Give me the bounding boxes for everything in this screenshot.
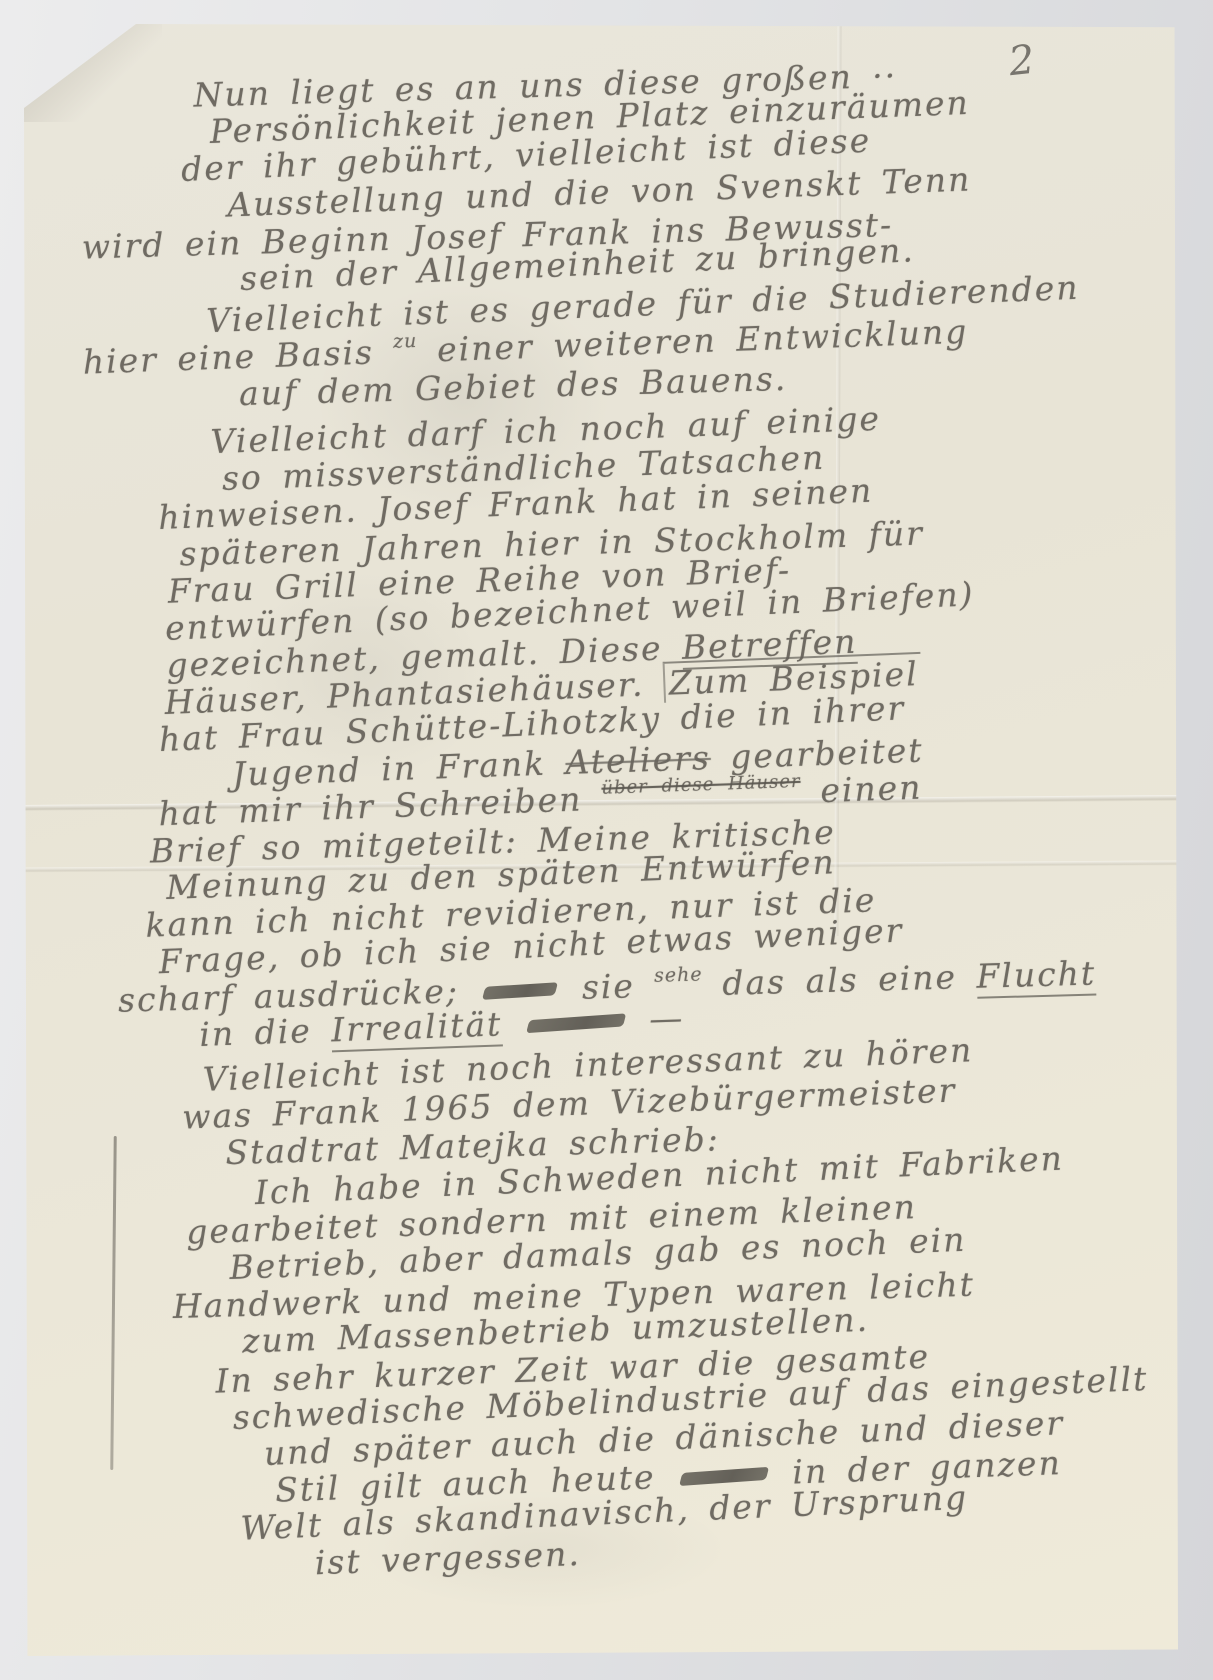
text-segment-blot	[482, 982, 558, 1000]
text-segment-blot	[679, 1467, 769, 1486]
text-segment-underline: Flucht	[976, 953, 1097, 998]
text-segment-insert: zu	[393, 341, 417, 342]
text-segment-insert-strike: über diese Häuser	[601, 782, 800, 789]
text-segment: das als eine	[702, 957, 977, 1004]
text-segment-blot	[526, 1013, 626, 1033]
text-segment-insert: sehe	[654, 974, 702, 975]
text-segment: einen	[800, 768, 923, 811]
text-segment	[502, 1004, 523, 1044]
handwritten-text: Nun liegt es an uns diese großen ··Persö…	[38, 43, 1204, 1589]
text-segment: sie	[562, 966, 655, 1008]
manuscript-page: 2 Nun liegt es an uns diese großen ··Per…	[24, 24, 1178, 1656]
